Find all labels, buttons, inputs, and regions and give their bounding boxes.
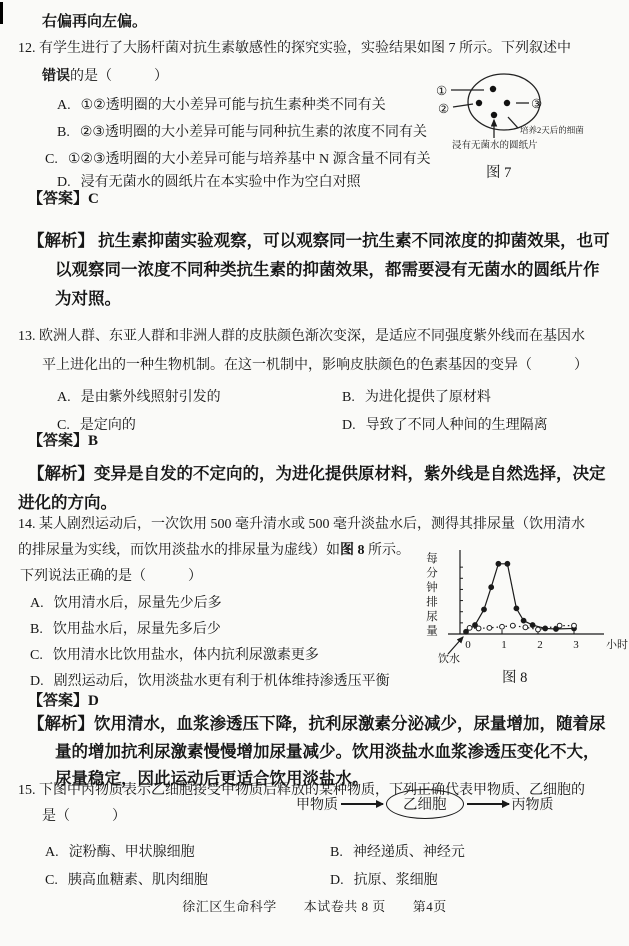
antibiotic-disc-dot-2: [476, 100, 482, 106]
solid-data-point: [496, 561, 501, 566]
q14-analysis-label: 【解析】: [28, 714, 94, 733]
bacteria-leader-line: [508, 117, 518, 128]
figure-8: 每分钟排尿量 0123小时饮水 图 8: [424, 546, 629, 687]
q12-answer: 【答案】C: [28, 188, 99, 210]
dashed-data-point: [523, 625, 528, 630]
q15-option-c: C.胰高血糖素、肌肉细胞: [45, 870, 330, 892]
figure8-caption: 图 8: [502, 666, 629, 687]
dashed-data-point: [500, 624, 505, 629]
x-tick-label: 0: [465, 639, 471, 651]
figure7-marker-1: ①: [436, 84, 447, 98]
leader-line-2: [453, 104, 473, 107]
figure-7: ① ② ③ 培养2天后的细菌 浸有无菌水的圆纸片 图 7: [428, 62, 629, 182]
q12-stem-line2: 错误的是（ ）: [42, 66, 488, 88]
solid-data-point: [530, 623, 535, 628]
q12-option-c: C.①②③透明圈的大小差异可能与培养基中 N 源含量不同有关: [45, 149, 488, 171]
figure7-caption: 图 7: [486, 161, 629, 182]
dashed-data-point: [536, 627, 541, 632]
q13-options: A.是由紫外线照射引发的 B.为进化提供了原材料 C.是定向的 D.导致了不同人…: [57, 387, 623, 437]
x-tick-label: 2: [537, 639, 543, 651]
q15-option-b: B.神经递质、神经元: [330, 842, 623, 864]
carryover-text: 右偏再向左偏。: [42, 10, 147, 31]
figure-7-drawing: ① ② ③ 培养2天后的细菌 浸有无菌水的圆纸片: [428, 62, 629, 154]
diagram-cell-yi: 乙细胞: [386, 789, 464, 819]
x-tick-label: 1: [501, 639, 507, 651]
q13-analysis: 【解析】变异是自发的不定向的，为进化提供原材料，紫外线是自然选择，决定 进化的方…: [18, 460, 618, 517]
solid-series-line: [466, 564, 574, 632]
solid-data-point: [489, 585, 494, 590]
figure-8-chart: 0123小时饮水: [438, 546, 629, 666]
diagram-substance-jia: 甲物质: [296, 794, 338, 814]
q13-answer: 【答案】B: [28, 430, 98, 452]
q15-option-a: A.淀粉酶、甲状腺细胞: [45, 842, 330, 864]
page-footer: 徐汇区生命科学 本试卷共 8 页 第4页: [0, 896, 629, 915]
scan-artifact: [0, 2, 3, 24]
q12-option-a: A.①②透明圈的大小差异可能与抗生素种类不同有关: [57, 95, 488, 117]
figure7-marker-3: ③: [531, 97, 542, 111]
exam-page: 右偏再向左偏。 12. 有学生进行了大肠杆菌对抗生素敏感性的探究实验，实验结果如…: [0, 0, 629, 946]
origin-arrow: [448, 637, 463, 654]
figure7-marker-2: ②: [438, 102, 449, 116]
diagram-substance-bing: 丙物质: [512, 794, 554, 814]
dashed-data-point: [487, 625, 492, 630]
q13-stem-line1: 13. 欧洲人群、东亚人群和非洲人群的皮肤颜色渐次变深，是适应不同强度紫外线而在…: [18, 326, 623, 348]
q13-number: 13.: [18, 329, 36, 344]
q13-option-d: D.导致了不同人种间的生理隔离: [342, 415, 623, 437]
q15-options: A.淀粉酶、甲状腺细胞 B.神经递质、神经元 C.胰高血糖素、肌肉细胞 D.抗原…: [45, 842, 623, 892]
q12-options: A.①②透明圈的大小差异可能与抗生素种类不同有关 B.②③透明圈的大小差异可能与…: [57, 95, 488, 194]
sterile-water-disc-dot: [491, 112, 497, 118]
q12-option-b: B.②③透明圈的大小差异可能与同种抗生素的浓度不同有关: [57, 122, 488, 144]
q14-number: 14.: [18, 517, 36, 532]
right-arrow-icon: [341, 803, 383, 805]
solid-data-point: [505, 561, 510, 566]
figure8-ylabel: 每分钟排尿量: [424, 552, 438, 639]
origin-label: 饮水: [438, 651, 460, 665]
dashed-data-point: [572, 623, 577, 628]
solid-data-point: [514, 606, 519, 611]
q13-option-c: C.是定向的: [57, 415, 342, 437]
x-axis-unit-label: 小时: [606, 637, 628, 651]
q12-stem-line1: 12. 有学生进行了大肠杆菌对抗生素敏感性的探究实验，实验结果如图 7 所示。下…: [18, 38, 488, 60]
q12-emphasis: 错误: [42, 69, 70, 84]
q14-stem-line1: 14. 某人剧烈运动后，一次饮用 500 毫升清水或 500 毫升淡盐水后，测得…: [18, 514, 623, 536]
q12-number: 12.: [18, 41, 36, 56]
q15-option-d: D.抗原、浆细胞: [330, 870, 623, 892]
solid-data-point: [482, 607, 487, 612]
q12-analysis-label: 【解析】: [28, 231, 94, 250]
antibiotic-disc-dot-1: [490, 86, 496, 92]
dashed-data-point: [476, 626, 481, 631]
q14-answer: 【答案】D: [28, 690, 99, 712]
q15-number: 15.: [18, 783, 36, 798]
q13-analysis-label: 【解析】: [28, 464, 94, 483]
q13-stem-line2: 平上进化出的一种生物机制。在这一机制中，影响皮肤颜色的色素基因的变异（ ）: [42, 355, 623, 377]
x-tick-label: 3: [573, 639, 579, 651]
dashed-data-point: [557, 623, 562, 628]
antibiotic-disc-dot-3: [504, 100, 510, 106]
q15-diagram: 甲物质 乙细胞 丙物质: [296, 789, 554, 819]
solid-data-point: [464, 629, 469, 634]
dashed-data-point: [467, 625, 472, 630]
q13-option-b: B.为进化提供了原材料: [342, 387, 623, 409]
q12-analysis: 【解析】 抗生素抑菌实验观察，可以观察同一抗生素不同浓度的抑菌效果，也可 以观察…: [28, 226, 618, 313]
dashed-data-point: [510, 623, 515, 628]
q13-option-a: A.是由紫外线照射引发的: [57, 387, 342, 409]
figure7-note-disc: 浸有无菌水的圆纸片: [452, 139, 538, 151]
q12-option-d: D.浸有无菌水的圆纸片在本实验中作为空白对照: [57, 172, 488, 194]
question-13: 13. 欧洲人群、东亚人群和非洲人群的皮肤颜色渐次变深，是适应不同强度紫外线而在…: [18, 326, 623, 437]
right-arrow-icon: [467, 803, 509, 805]
solid-data-point: [521, 618, 526, 623]
figure7-note-bacteria: 培养2天后的细菌: [520, 125, 584, 135]
question-12: 12. 有学生进行了大肠杆菌对抗生素敏感性的探究实验，实验结果如图 7 所示。下…: [18, 38, 488, 194]
